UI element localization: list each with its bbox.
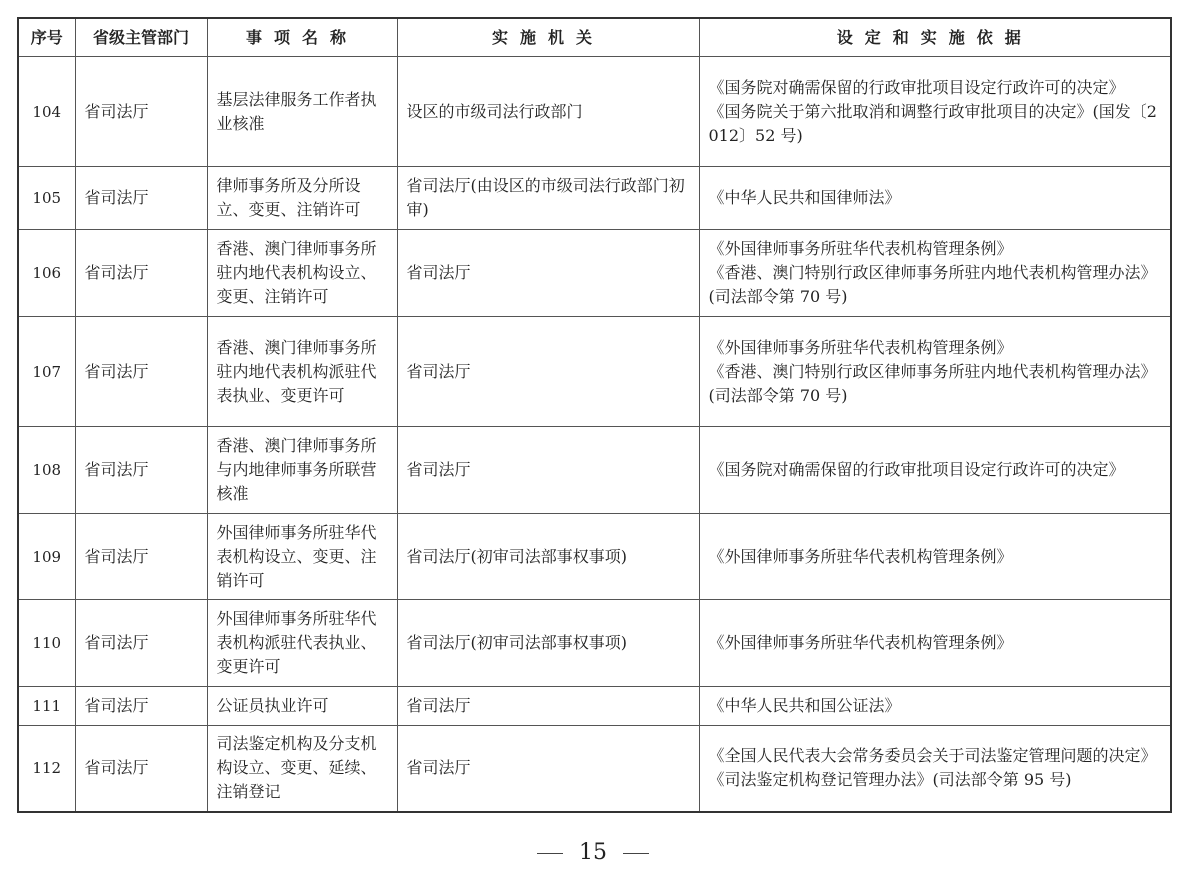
row-basis: 《中华人民共和国公证法》 (699, 687, 1171, 726)
row-dept: 省司法厅 (75, 230, 207, 317)
table-row: 112 省司法厅 司法鉴定机构及分支机构设立、变更、延续、注销登记 省司法厅 《… (18, 726, 1171, 812)
table-row: 105 省司法厅 律师事务所及分所设立、变更、注销许可 省司法厅(由设区的市级司… (18, 167, 1171, 230)
basis-line: 《外国律师事务所驻华代表机构管理条例》 (709, 631, 1162, 655)
row-dept: 省司法厅 (75, 317, 207, 427)
dash-right (623, 853, 649, 854)
table-body: 104 省司法厅 基层法律服务工作者执业核准 设区的市级司法行政部门 《国务院对… (18, 57, 1171, 812)
header-agency: 实施机关 (397, 18, 699, 57)
table-row: 111 省司法厅 公证员执业许可 省司法厅 《中华人民共和国公证法》 (18, 687, 1171, 726)
row-basis: 《外国律师事务所驻华代表机构管理条例》 《香港、澳门特别行政区律师事务所驻内地代… (699, 230, 1171, 317)
row-dept: 省司法厅 (75, 600, 207, 687)
row-agency: 省司法厅 (397, 427, 699, 514)
basis-line: 《外国律师事务所驻华代表机构管理条例》 (709, 336, 1162, 360)
permit-items-table: 序号 省级主管部门 事项名称 实施机关 设定和实施依据 104 省司法厅 基层法… (17, 17, 1172, 813)
row-item: 律师事务所及分所设立、变更、注销许可 (207, 167, 397, 230)
header-basis: 设定和实施依据 (699, 18, 1171, 57)
row-basis: 《外国律师事务所驻华代表机构管理条例》 (699, 600, 1171, 687)
header-dept: 省级主管部门 (75, 18, 207, 57)
basis-line: 《国务院对确需保留的行政审批项目设定行政许可的决定》 (709, 76, 1162, 100)
basis-line: 《国务院对确需保留的行政审批项目设定行政许可的决定》 (709, 458, 1162, 482)
row-item: 司法鉴定机构及分支机构设立、变更、延续、注销登记 (207, 726, 397, 812)
row-dept: 省司法厅 (75, 687, 207, 726)
header-no: 序号 (18, 18, 75, 57)
row-basis: 《国务院对确需保留的行政审批项目设定行政许可的决定》 (699, 427, 1171, 514)
table-row: 107 省司法厅 香港、澳门律师事务所驻内地代表机构派驻代表执业、变更许可 省司… (18, 317, 1171, 427)
row-number: 104 (18, 57, 75, 167)
row-basis: 《国务院对确需保留的行政审批项目设定行政许可的决定》 《国务院关于第六批取消和调… (699, 57, 1171, 167)
table-row: 110 省司法厅 外国律师事务所驻华代表机构派驻代表执业、变更许可 省司法厅(初… (18, 600, 1171, 687)
row-agency: 省司法厅(由设区的市级司法行政部门初审) (397, 167, 699, 230)
table-row: 104 省司法厅 基层法律服务工作者执业核准 设区的市级司法行政部门 《国务院对… (18, 57, 1171, 167)
row-basis: 《全国人民代表大会常务委员会关于司法鉴定管理问题的决定》 《司法鉴定机构登记管理… (699, 726, 1171, 812)
header-item: 事项名称 (207, 18, 397, 57)
table-row: 108 省司法厅 香港、澳门律师事务所与内地律师事务所联营核准 省司法厅 《国务… (18, 427, 1171, 514)
page-number: 15 (579, 840, 607, 865)
row-agency: 省司法厅(初审司法部事权事项) (397, 600, 699, 687)
basis-line: 《外国律师事务所驻华代表机构管理条例》 (709, 545, 1162, 569)
page-footer: 15 (0, 840, 1186, 865)
basis-line: 《香港、澳门特别行政区律师事务所驻内地代表机构管理办法》(司法部令第 70 号) (709, 261, 1162, 309)
row-item: 香港、澳门律师事务所驻内地代表机构设立、变更、注销许可 (207, 230, 397, 317)
row-dept: 省司法厅 (75, 514, 207, 600)
row-agency: 省司法厅 (397, 230, 699, 317)
basis-line: 《香港、澳门特别行政区律师事务所驻内地代表机构管理办法》(司法部令第 70 号) (709, 360, 1162, 408)
row-basis: 《外国律师事务所驻华代表机构管理条例》 (699, 514, 1171, 600)
row-agency: 省司法厅(初审司法部事权事项) (397, 514, 699, 600)
table-row: 106 省司法厅 香港、澳门律师事务所驻内地代表机构设立、变更、注销许可 省司法… (18, 230, 1171, 317)
row-number: 106 (18, 230, 75, 317)
row-number: 111 (18, 687, 75, 726)
row-number: 105 (18, 167, 75, 230)
basis-line: 《中华人民共和国律师法》 (709, 186, 1162, 210)
row-item: 外国律师事务所驻华代表机构设立、变更、注销许可 (207, 514, 397, 600)
row-number: 110 (18, 600, 75, 687)
row-item: 香港、澳门律师事务所驻内地代表机构派驻代表执业、变更许可 (207, 317, 397, 427)
row-item: 基层法律服务工作者执业核准 (207, 57, 397, 167)
row-agency: 省司法厅 (397, 687, 699, 726)
row-number: 112 (18, 726, 75, 812)
row-dept: 省司法厅 (75, 57, 207, 167)
row-agency: 省司法厅 (397, 317, 699, 427)
row-item: 公证员执业许可 (207, 687, 397, 726)
row-item: 外国律师事务所驻华代表机构派驻代表执业、变更许可 (207, 600, 397, 687)
table-row: 109 省司法厅 外国律师事务所驻华代表机构设立、变更、注销许可 省司法厅(初审… (18, 514, 1171, 600)
basis-line: 《国务院关于第六批取消和调整行政审批项目的决定》(国发〔2012〕52 号) (709, 100, 1162, 148)
row-agency: 省司法厅 (397, 726, 699, 812)
basis-line: 《司法鉴定机构登记管理办法》(司法部令第 95 号) (709, 768, 1162, 792)
basis-line: 《外国律师事务所驻华代表机构管理条例》 (709, 237, 1162, 261)
basis-line: 《中华人民共和国公证法》 (709, 694, 1162, 718)
row-item: 香港、澳门律师事务所与内地律师事务所联营核准 (207, 427, 397, 514)
row-dept: 省司法厅 (75, 726, 207, 812)
row-basis: 《中华人民共和国律师法》 (699, 167, 1171, 230)
dash-left (537, 853, 563, 854)
row-agency: 设区的市级司法行政部门 (397, 57, 699, 167)
row-number: 107 (18, 317, 75, 427)
row-basis: 《外国律师事务所驻华代表机构管理条例》 《香港、澳门特别行政区律师事务所驻内地代… (699, 317, 1171, 427)
row-dept: 省司法厅 (75, 167, 207, 230)
row-number: 109 (18, 514, 75, 600)
basis-line: 《全国人民代表大会常务委员会关于司法鉴定管理问题的决定》 (709, 744, 1162, 768)
header-row: 序号 省级主管部门 事项名称 实施机关 设定和实施依据 (18, 18, 1171, 57)
row-number: 108 (18, 427, 75, 514)
table-header: 序号 省级主管部门 事项名称 实施机关 设定和实施依据 (18, 18, 1171, 57)
row-dept: 省司法厅 (75, 427, 207, 514)
